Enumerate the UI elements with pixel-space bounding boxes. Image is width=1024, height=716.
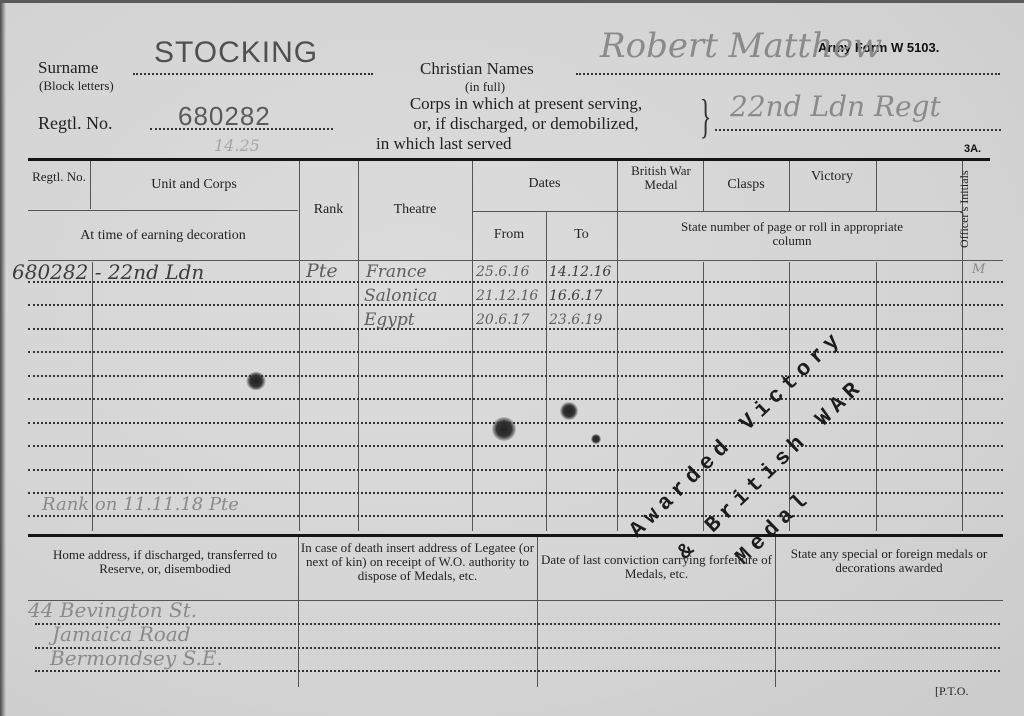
table-row: [28, 445, 1003, 447]
footer-top-rule: [28, 534, 1003, 537]
footer-legatee-label: In case of death insert address of Legat…: [300, 541, 535, 583]
table-top-rule: [28, 158, 990, 161]
card-left-edge: [0, 0, 6, 716]
card-top-edge: [0, 0, 1024, 3]
medal-card: Army Form W 5103. Surname STOCKING (Bloc…: [0, 0, 1024, 716]
hdr-at-time: At time of earning decoration: [28, 228, 298, 244]
ink-blot: [560, 402, 578, 420]
corps-value: 22nd Ldn Regt: [730, 90, 941, 123]
christian-names-value: Robert Matthew: [600, 26, 882, 66]
table-row: [28, 351, 1003, 353]
surname-value: STOCKING: [154, 36, 318, 70]
theatre-2: Salonica: [364, 286, 438, 306]
table-row: [28, 375, 1003, 377]
address-line-3: Bermondsey S.E.: [50, 646, 223, 670]
regtl-no-label: Regtl. No.: [38, 113, 113, 134]
entry-rank: Pte: [306, 260, 338, 282]
hdr-from: From: [472, 227, 546, 243]
col-sep-from: [472, 161, 473, 531]
hdr-sub-rule-left: [28, 210, 298, 211]
footer-col-sep-2: [537, 537, 538, 687]
theatre-3-to: 23.6.19: [549, 312, 602, 328]
corps-label-line2: or, if discharged, or demobilized,: [356, 114, 696, 134]
col-sep-regtl-body: [92, 262, 93, 531]
corps-label-line3: in which last served: [356, 134, 696, 154]
address-line-2: Jamaica Road: [52, 622, 191, 646]
hdr-sub-rule-medals: [617, 211, 962, 212]
regtl-no-value: 680282: [178, 101, 271, 132]
christian-names-label: Christian Names: [420, 59, 534, 79]
regtl-no-note: 14.25: [214, 136, 260, 155]
hdr-victory: Victory: [789, 169, 875, 185]
footer-special-medals-label: State any special or foreign medals or d…: [778, 547, 1000, 575]
corps-label: Corps in which at present serving, or, i…: [356, 94, 696, 154]
table-row: [28, 328, 1003, 330]
ink-blot: [492, 417, 516, 441]
footer-conviction-label: Date of last conviction carrying forfeit…: [540, 553, 773, 581]
christian-names-sublabel: (in full): [465, 79, 505, 95]
hdr-sub-rule-dates: [473, 211, 617, 212]
hdr-dates: Dates: [472, 176, 617, 192]
surname-dotted-line: [133, 73, 373, 75]
theatre-1: France: [366, 262, 427, 282]
corps-brace: }: [700, 92, 712, 142]
hdr-officers-initials: Officer's Initials: [958, 184, 986, 248]
entry-regtl-unit: 680282 - 22nd Ldn: [12, 260, 204, 284]
surname-label: Surname: [38, 58, 98, 78]
theatre-3: Egypt: [364, 310, 415, 330]
table-row: [28, 422, 1003, 424]
col-sep-blank: [876, 262, 877, 531]
rank-on-note: Rank on 11.11.18 Pte: [42, 494, 239, 515]
hdr-clasps: Clasps: [703, 177, 789, 193]
footer-col-sep-3: [775, 537, 776, 687]
theatre-1-to: 14.12.16: [549, 264, 611, 280]
address-line-1: 44 Bevington St.: [28, 598, 197, 622]
footer-col-sep-1: [298, 537, 299, 687]
hdr-british-war-medal: British War Medal: [630, 164, 692, 192]
corps-dotted-line: [715, 129, 1001, 131]
ink-blot: [591, 434, 601, 444]
entry-officer-initials: M: [972, 262, 985, 277]
pto-label: [P.T.O.: [935, 684, 968, 699]
footer-row: [35, 670, 1000, 672]
christian-names-dotted-line: [576, 73, 1000, 75]
ink-blot: [246, 372, 266, 390]
theatre-1-from: 25.6.16: [476, 264, 529, 280]
theatre-3-from: 20.6.17: [476, 312, 529, 328]
theatre-2-to: 16.6.17: [549, 288, 602, 304]
hdr-regtl-no: Regtl. No.: [28, 170, 90, 184]
table-row: [28, 469, 1003, 471]
hdr-state-number: State number of page or roll in appropri…: [672, 220, 912, 248]
table-row: [28, 304, 1003, 306]
hdr-rank: Rank: [299, 202, 358, 218]
col-sep-blank-hdr: [876, 161, 877, 211]
table-row: [28, 515, 1003, 517]
footer-home-address-label: Home address, if discharged, transferred…: [40, 548, 290, 576]
col-sep-bwm: [617, 161, 618, 531]
form-code: 3A.: [964, 143, 981, 155]
hdr-unit-corps: Unit and Corps: [90, 177, 298, 193]
hdr-theatre: Theatre: [358, 202, 472, 218]
surname-sublabel: (Block letters): [39, 78, 114, 94]
theatre-2-from: 21.12.16: [476, 288, 538, 304]
col-sep-clasps: [703, 262, 704, 531]
corps-label-line1: Corps in which at present serving,: [356, 94, 696, 114]
hdr-to: To: [546, 227, 617, 243]
